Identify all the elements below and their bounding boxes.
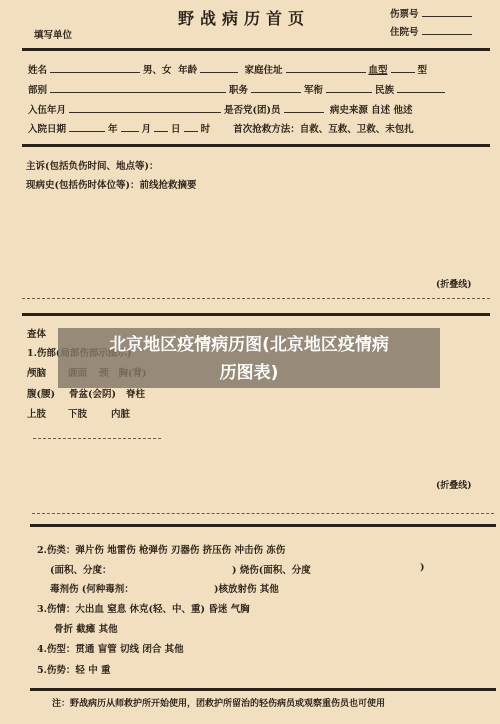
- region-upper-limb: 上肢: [27, 409, 46, 420]
- month-label: 月: [142, 124, 152, 135]
- injury-rule: [30, 524, 496, 527]
- exam-dash-line: [33, 438, 161, 439]
- position-blank: [251, 83, 301, 93]
- injury-type-line-2a: (面积、分度：: [50, 562, 112, 576]
- region-pelvis: 骨盆(会阴): [69, 389, 116, 400]
- fold-line-1: [22, 298, 490, 299]
- caption-overlay: 北京地区疫情病历图(北京地区疫情病 历图表): [58, 328, 440, 388]
- day-blank: [154, 122, 168, 132]
- name-blank: [50, 63, 140, 73]
- info-row-4: 入院日期年月日时 首次抢救方法：自救、互救、卫救、未包扎: [28, 121, 414, 135]
- injury-severity-line: 5.伤势：轻 中 重: [37, 662, 111, 676]
- region-abdomen: 腹(腰): [27, 389, 55, 400]
- injury-no-field: 伤票号: [390, 6, 475, 20]
- caption-line-2: 历图表): [58, 359, 440, 387]
- info-row-2: 部别职务军衔民族: [28, 82, 448, 96]
- present-illness-label: 现病史(包括伤时体位等)：前线抢救摘要: [26, 177, 197, 191]
- injury-form-line: 4.伤型：贯通 盲管 切线 闭合 其他: [37, 641, 184, 655]
- region-head: 颅脑: [27, 368, 46, 379]
- injury-type-line-3a: 毒剂伤 (何种毒剂：: [50, 581, 134, 595]
- blood-type-label: 血型: [369, 65, 388, 76]
- hour-label: 时: [201, 124, 211, 135]
- injury-condition-line-1: 3.伤情：大出血 窒息 休克(轻、中、重) 昏迷 气胸: [37, 601, 250, 615]
- injury-type-line-1: 2.伤类：弹片伤 地雷伤 枪弹伤 刃器伤 挤压伤 冲击伤 冻伤: [37, 542, 285, 556]
- admission-no-blank: [422, 25, 472, 35]
- rank-blank: [326, 83, 372, 93]
- position-label: 职务: [229, 85, 248, 96]
- fold-line-label-2: (折叠线): [436, 478, 472, 491]
- address-label: 家庭住址: [244, 65, 282, 76]
- region-viscera: 内脏: [111, 409, 130, 420]
- hour-blank: [184, 122, 198, 132]
- ethnicity-label: 民族: [375, 85, 394, 96]
- footer-rule: [30, 688, 496, 691]
- blood-type-blank: [391, 63, 415, 73]
- exam-rule: [22, 313, 490, 316]
- info-row-3: 入伍年月是否党(团)员 病史来源 自述 他述: [28, 102, 412, 116]
- exam-row-c: 上肢下肢内脏: [27, 406, 130, 420]
- first-aid-label: 首次抢救方法：自救、互救、卫救、未包扎: [233, 124, 414, 135]
- region-spine: 脊柱: [126, 389, 145, 400]
- fold-line-label-1: (折叠线): [436, 277, 472, 290]
- injury-no-blank: [422, 7, 472, 17]
- fold-line-2: [32, 513, 494, 514]
- unit-blank: [50, 83, 226, 93]
- injury-type-line-2b: ) 烧伤(面积、分度: [232, 562, 311, 576]
- rank-label: 军衔: [304, 85, 323, 96]
- injury-type-line-2c: ): [420, 562, 425, 573]
- name-label: 姓名: [28, 65, 47, 76]
- day-label: 日: [171, 124, 181, 135]
- header-rule: [22, 48, 490, 51]
- address-blank: [286, 63, 366, 73]
- ethnicity-blank: [397, 83, 445, 93]
- exam-row-b: 腹(腰)骨盆(会阴)脊柱: [27, 386, 145, 400]
- history-source-label: 病史来源 自述 他述: [330, 105, 413, 116]
- unit-label: 部别: [28, 85, 47, 96]
- info-rule: [22, 144, 490, 147]
- admit-date-label: 入院日期: [28, 124, 66, 135]
- footer-note: 注：野战病历从师救护所开始使用，团救护所留治的轻伤病员或观察重伤员也可使用: [52, 696, 385, 709]
- party-label: 是否党(团)员: [224, 105, 281, 116]
- party-blank: [284, 103, 324, 113]
- age-label: 年龄: [178, 65, 197, 76]
- injury-no-label: 伤票号: [390, 9, 419, 20]
- chief-complaint-label: 主诉(包括负伤时间、地点等)：: [26, 158, 159, 172]
- enlist-blank: [69, 103, 221, 113]
- admission-no-field: 住院号: [390, 24, 475, 38]
- caption-line-1: 北京地区疫情病历图(北京地区疫情病: [58, 331, 440, 359]
- sex-label: 男、女: [143, 65, 172, 76]
- exam-heading: 查体: [27, 326, 46, 340]
- region-lower-limb: 下肢: [68, 409, 87, 420]
- info-row-1: 姓名男、女 年龄 家庭住址血型型: [28, 62, 427, 76]
- enlist-label: 入伍年月: [28, 105, 66, 116]
- form-title: 野战病历首页: [178, 6, 310, 29]
- admission-no-label: 住院号: [390, 27, 419, 38]
- age-blank: [200, 63, 238, 73]
- fill-unit-label: 填写单位: [34, 27, 72, 41]
- month-blank: [121, 122, 139, 132]
- admit-date-blank: [69, 122, 105, 132]
- year-label: 年: [108, 124, 118, 135]
- injury-type-line-3b: )核放射伤 其他: [214, 581, 279, 595]
- injury-condition-line-2: 骨折 截瘫 其他: [54, 621, 118, 635]
- blood-type-suffix: 型: [418, 65, 428, 76]
- medical-record-form: 野战病历首页 填写单位 伤票号 住院号 姓名男、女 年龄 家庭住址血型型 部别职…: [0, 0, 500, 724]
